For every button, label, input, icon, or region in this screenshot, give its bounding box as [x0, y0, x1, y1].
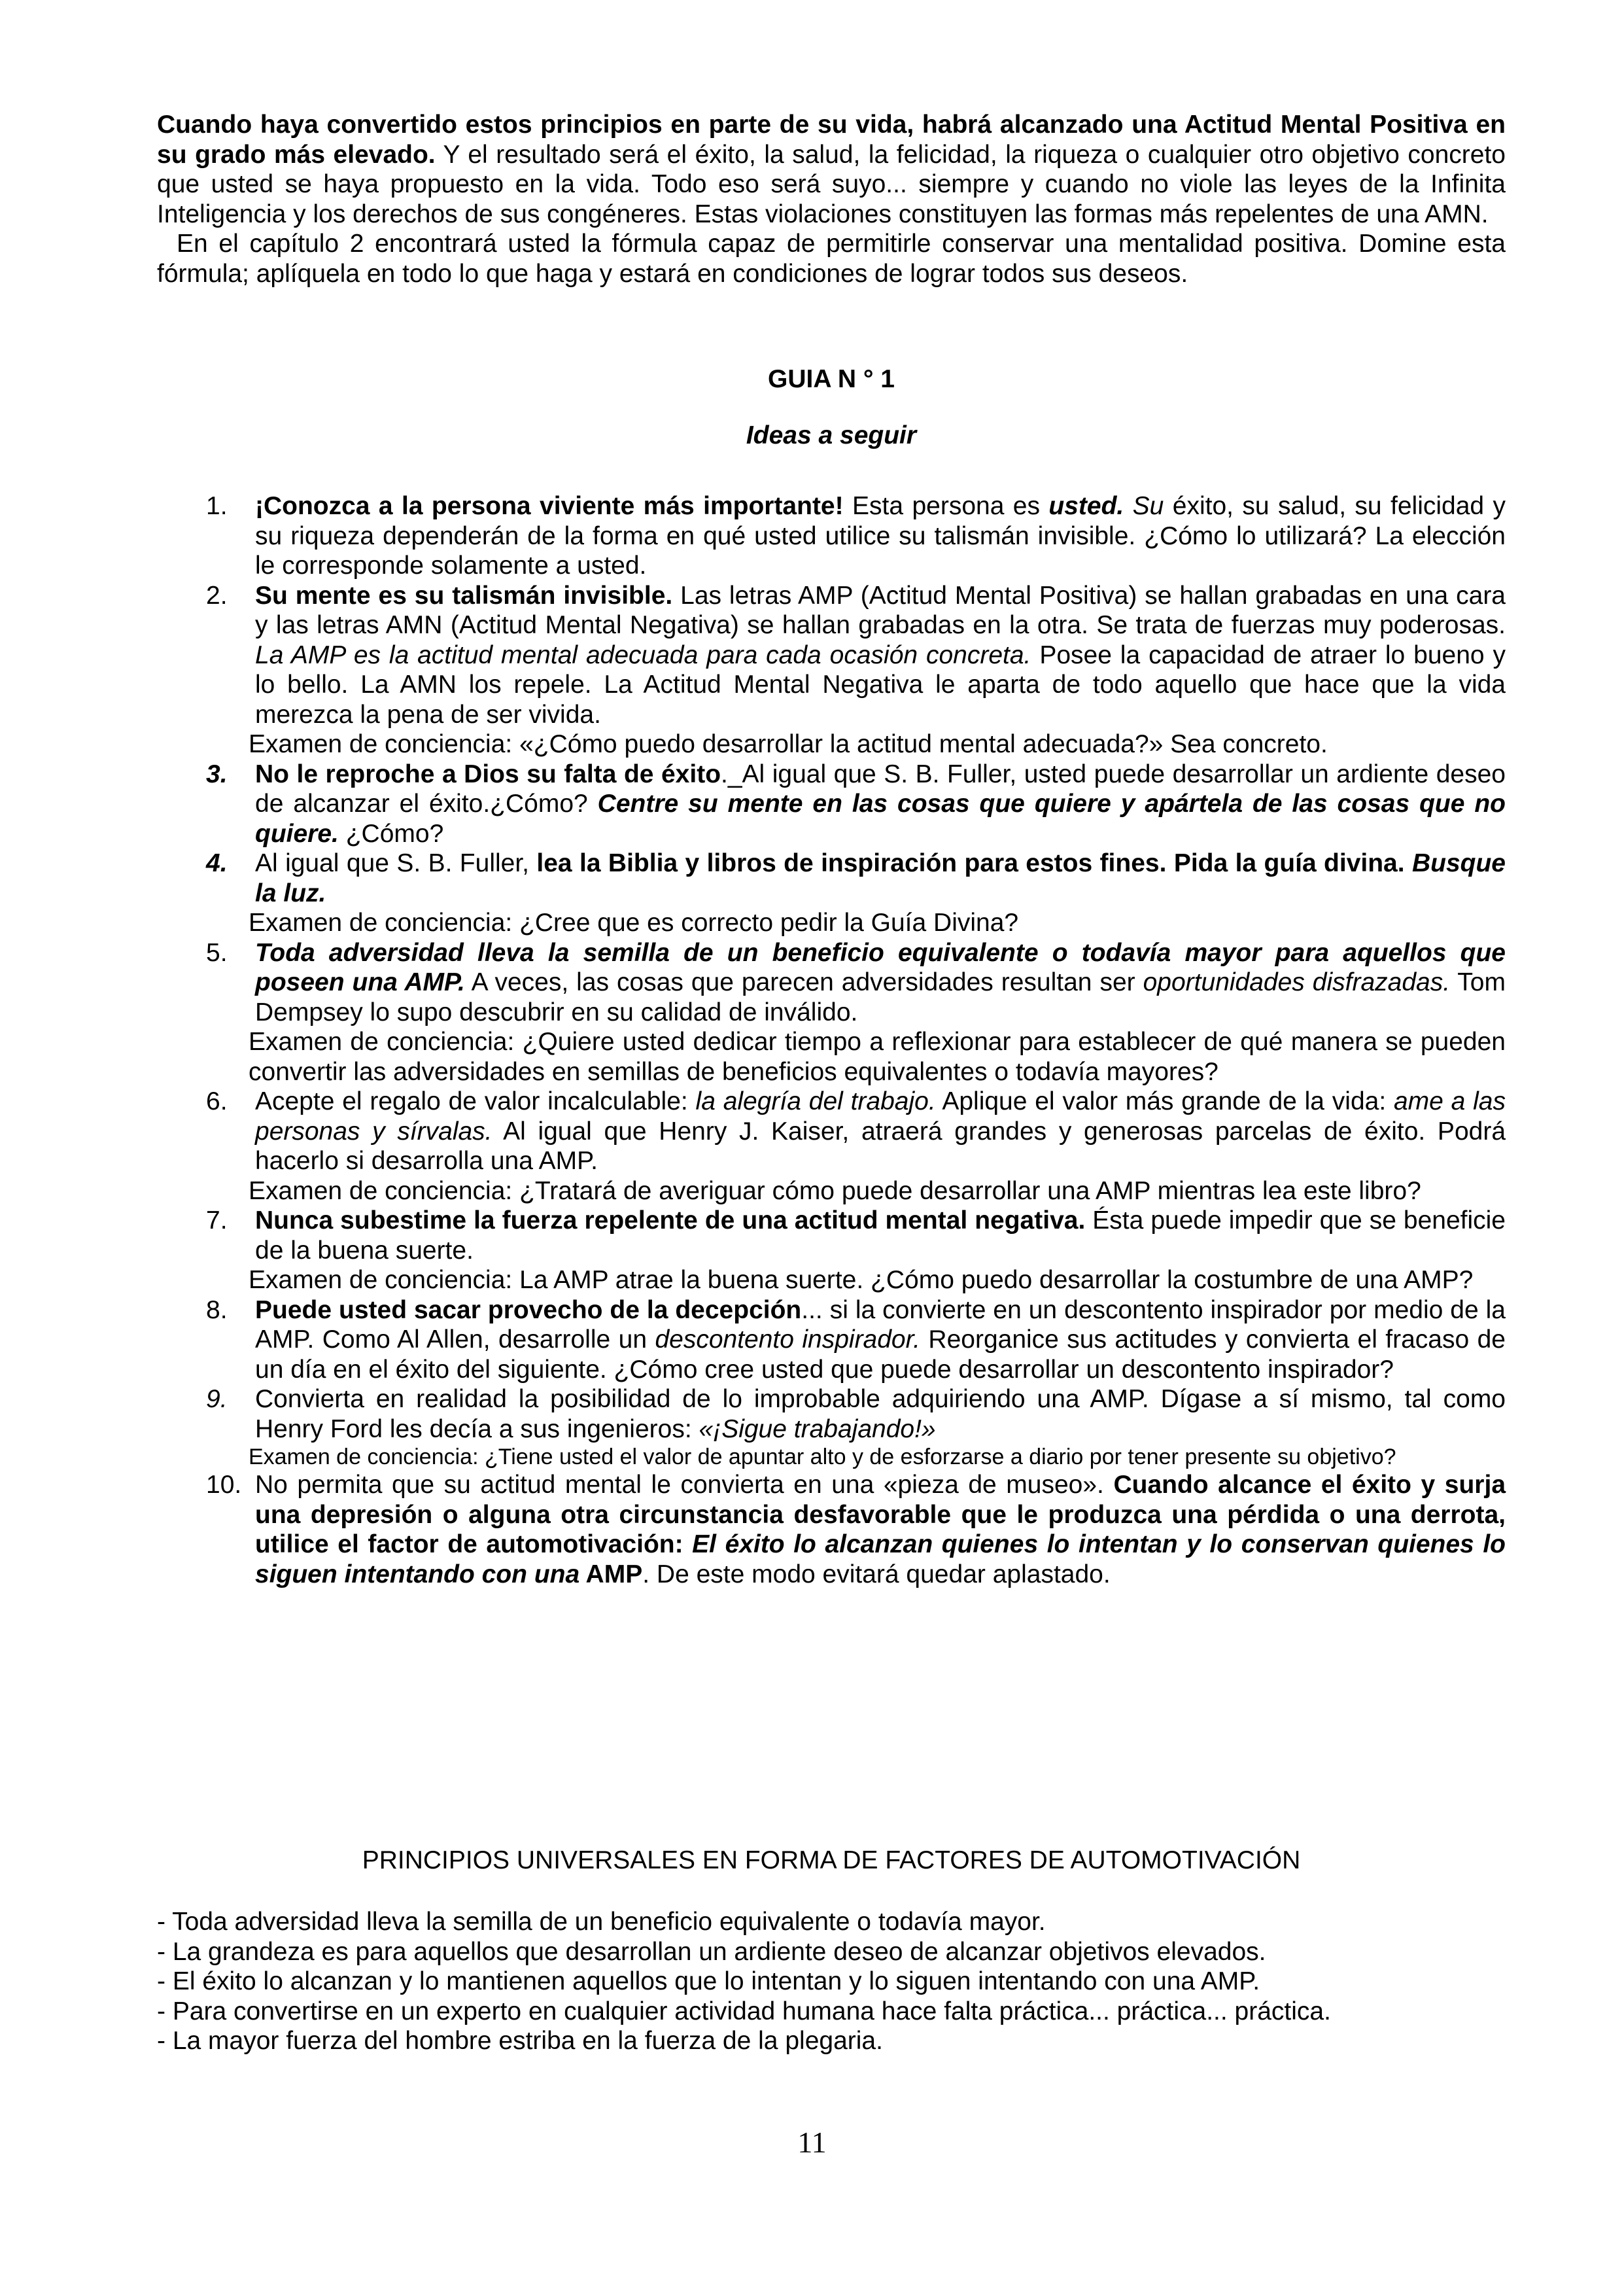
idea-number: 10. — [206, 1470, 241, 1500]
idea-number: 8. — [206, 1295, 228, 1325]
idea-text: 9.Convierta en realidad la posibilidad d… — [157, 1384, 1506, 1444]
idea-number: 5. — [206, 938, 228, 968]
document-page: Cuando haya convertido estos principios … — [0, 0, 1624, 2295]
idea-number: 4. — [206, 849, 228, 879]
principle-item: - Toda adversidad lleva la semilla de un… — [157, 1907, 1331, 1937]
idea-number: 1. — [206, 491, 228, 521]
principle-item: - La mayor fuerza del hombre estriba en … — [157, 2026, 1331, 2056]
idea-item: 6.Acepte el regalo de valor incalculable… — [157, 1087, 1506, 1206]
text-run: En el capítulo 2 encontrará usted la fór… — [157, 230, 1506, 288]
intro-paragraph: En el capítulo 2 encontrará usted la fór… — [157, 229, 1506, 289]
text-run: Nunca subestime la fuerza repelente de u… — [255, 1206, 1085, 1235]
idea-item: 4.Al igual que S. B. Fuller, lea la Bibl… — [157, 849, 1506, 938]
principle-item: - La grandeza es para aquellos que desar… — [157, 1937, 1331, 1967]
idea-item: 9.Convierta en realidad la posibilidad d… — [157, 1384, 1506, 1470]
idea-item: 1.¡Conozca a la persona viviente más imp… — [157, 491, 1506, 581]
text-run: «¡Sigue trabajando!» — [699, 1415, 936, 1443]
intro-paragraph: Cuando haya convertido estos principios … — [157, 110, 1506, 229]
text-run: descontento inspirador. — [655, 1325, 920, 1354]
principles-title: PRINCIPIOS UNIVERSALES EN FORMA DE FACTO… — [157, 1846, 1506, 1875]
conscience-exam: Examen de conciencia: ¿Tratará de averig… — [157, 1176, 1506, 1206]
principle-item: - Para convertirse en un experto en cual… — [157, 1997, 1331, 2027]
guide-subtitle: Ideas a seguir — [157, 421, 1506, 450]
text-run: AMP — [579, 1560, 642, 1588]
idea-text: 2.Su mente es su talismán invisible. Las… — [157, 581, 1506, 730]
idea-number: 9. — [206, 1384, 228, 1414]
text-run: usted. — [1048, 492, 1124, 520]
conscience-exam: Examen de conciencia: La AMP atrae la bu… — [157, 1265, 1506, 1295]
text-run: ¿Cómo? — [339, 820, 443, 848]
idea-text: 5.Toda adversidad lleva la semilla de un… — [157, 938, 1506, 1028]
text-run: Acepte el regalo de valor incalculable: — [255, 1087, 696, 1115]
text-run: ¡Conozca a la persona viviente más impor… — [255, 492, 844, 520]
idea-text: 6.Acepte el regalo de valor incalculable… — [157, 1087, 1506, 1176]
ideas-list: 1.¡Conozca a la persona viviente más imp… — [157, 491, 1506, 1589]
idea-item: 3.No le reproche a Dios su falta de éxit… — [157, 760, 1506, 849]
idea-item: 8.Puede usted sacar provecho de la decep… — [157, 1295, 1506, 1385]
idea-item: 7.Nunca subestime la fuerza repelente de… — [157, 1206, 1506, 1295]
intro-section: Cuando haya convertido estos principios … — [157, 110, 1506, 289]
principles-list: - Toda adversidad lleva la semilla de un… — [157, 1907, 1331, 2056]
text-run: lea la Biblia y libros de inspiración pa… — [536, 849, 1412, 877]
idea-item: 2.Su mente es su talismán invisible. Las… — [157, 581, 1506, 760]
page-number: 11 — [0, 2125, 1624, 2160]
idea-text: 4.Al igual que S. B. Fuller, lea la Bibl… — [157, 849, 1506, 908]
text-run: . De este modo evitará quedar aplastado. — [642, 1560, 1110, 1588]
idea-item: 5.Toda adversidad lleva la semilla de un… — [157, 938, 1506, 1087]
text-run: Aplique el valor más grande de la vida: — [936, 1087, 1394, 1115]
text-run: Su mente es su talismán invisible. — [255, 582, 672, 610]
idea-text: 8.Puede usted sacar provecho de la decep… — [157, 1295, 1506, 1385]
text-run: Su — [1124, 492, 1164, 520]
conscience-exam: Examen de conciencia: ¿Quiere usted dedi… — [157, 1027, 1506, 1087]
idea-item: 10.No permita que su actitud mental le c… — [157, 1470, 1506, 1589]
idea-number: 6. — [206, 1087, 228, 1117]
text-run: oportunidades disfrazadas. — [1143, 968, 1450, 996]
text-run: Esta persona es — [844, 492, 1049, 520]
idea-number: 2. — [206, 581, 228, 611]
idea-text: 1.¡Conozca a la persona viviente más imp… — [157, 491, 1506, 581]
text-run: La AMP es la actitud mental adecuada par… — [255, 641, 1031, 669]
text-run: la alegría del trabajo. — [696, 1087, 936, 1115]
idea-text: 10.No permita que su actitud mental le c… — [157, 1470, 1506, 1589]
idea-text: 7.Nunca subestime la fuerza repelente de… — [157, 1206, 1506, 1265]
text-run: Al igual que S. B. Fuller, — [255, 849, 536, 877]
guide-title: GUIA N ° 1 — [157, 365, 1506, 394]
conscience-exam: Examen de conciencia: ¿Cree que es corre… — [157, 908, 1506, 938]
conscience-exam: Examen de conciencia: «¿Cómo puedo desar… — [157, 729, 1506, 760]
principle-item: - El éxito lo alcanzan y lo mantienen aq… — [157, 1967, 1331, 1997]
conscience-exam: Examen de conciencia: ¿Tiene usted el va… — [157, 1444, 1506, 1470]
text-run: Puede usted sacar provecho de la decepci… — [255, 1296, 801, 1324]
idea-text: 3.No le reproche a Dios su falta de éxit… — [157, 760, 1506, 849]
idea-number: 7. — [206, 1206, 228, 1236]
text-run: No permita que su actitud mental le conv… — [255, 1471, 1113, 1499]
idea-number: 3. — [206, 760, 228, 790]
text-run: A veces, las cosas que parecen adversida… — [465, 968, 1143, 996]
text-run: No le reproche a Dios su falta de éxito — [255, 760, 721, 788]
